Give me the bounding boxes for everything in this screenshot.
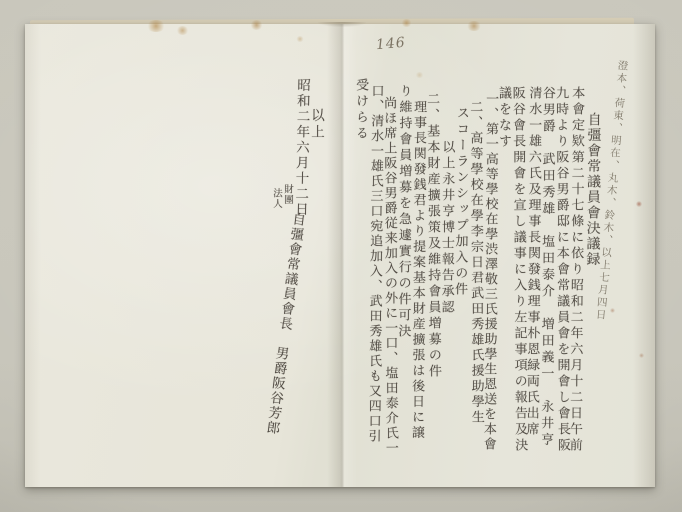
fold-top-shadow	[318, 22, 366, 27]
page-number: 146	[375, 35, 406, 54]
text-column: 受けらる	[351, 78, 370, 142]
org-prefix-left: 法人	[269, 188, 283, 209]
scanned-document-photo: 146 澄本、荷東、明在、丸木、鈴木、以上七月四日 自彊會常議員會決議録 本會定…	[0, 0, 682, 512]
